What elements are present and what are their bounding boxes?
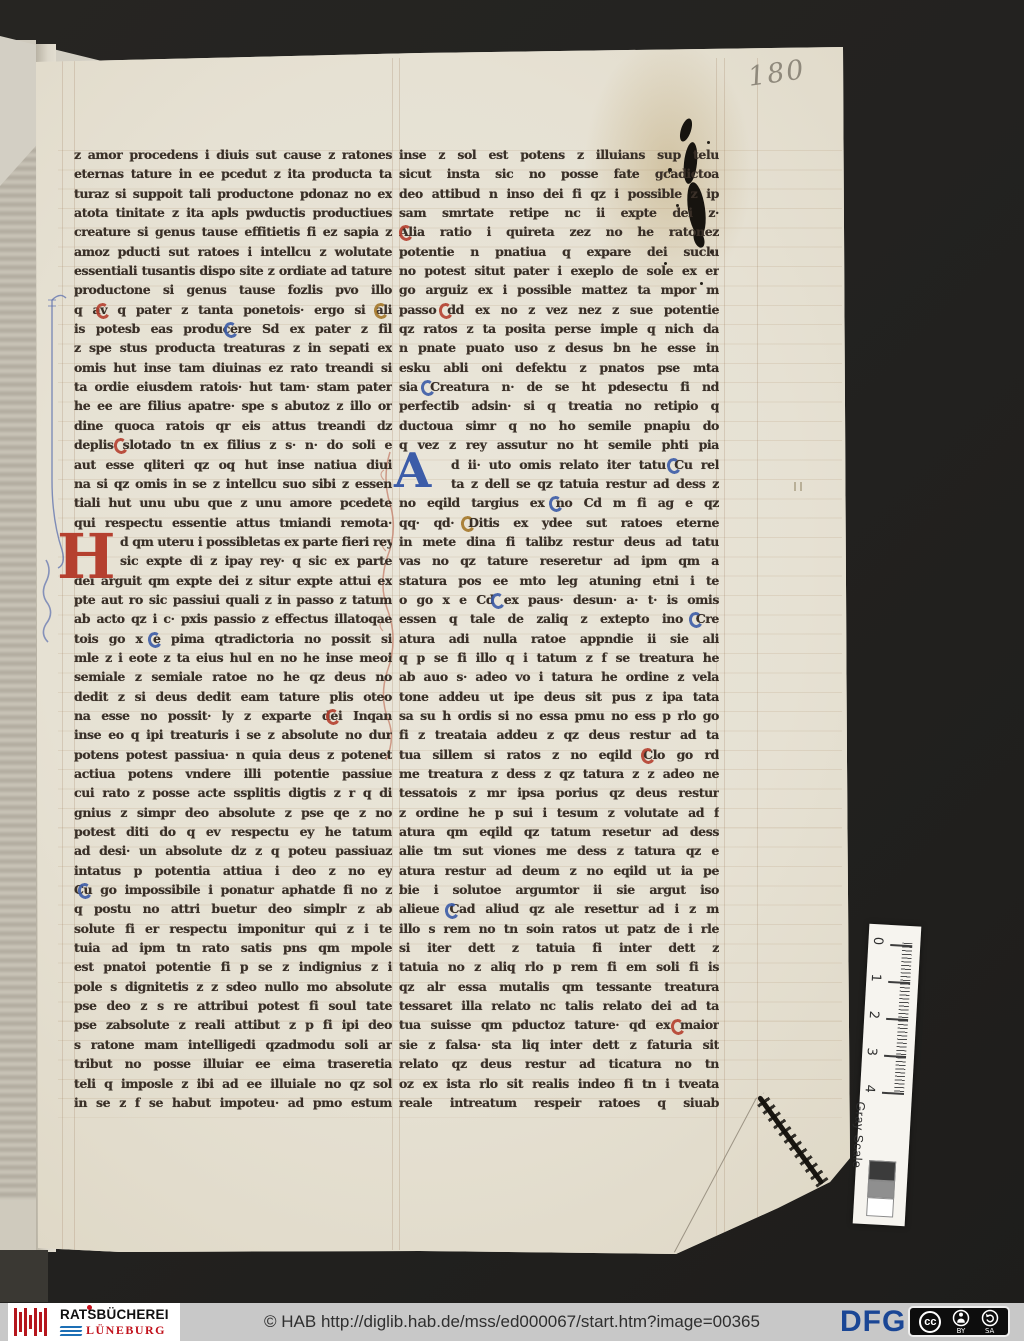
manuscript-line: turaz si suppoit tali productone pdonaz … <box>74 184 392 203</box>
manuscript-line: sie z falsa· sta liq inter dett z faturi… <box>399 1035 719 1054</box>
manuscript-line: Cu go impossibile i ponatur aphatde fi n… <box>74 880 392 899</box>
gray-swatch <box>866 1197 894 1217</box>
manuscript-line: teli q imposle z ibi ad ee illuiale no q… <box>74 1074 392 1093</box>
manuscript-line: dine quoca ratois qr eis attus treandi d… <box>74 416 392 435</box>
cc-sa-icon: SA <box>981 1309 999 1335</box>
manuscript-line: essen q tale de zaliq z extepto ino Cre <box>399 609 719 628</box>
manuscript-line: inse z sol est potens z illuians sup tel… <box>399 145 719 164</box>
manuscript-line: tatuia no z aliq rlo p rem fi em soli fi… <box>399 957 719 976</box>
text-column-1: z amor procedens i diuis sut cause z rat… <box>74 145 392 1112</box>
manuscript-line: essentiali tusantis dispo site z ordiate… <box>74 261 392 280</box>
manuscript-line: intatus p potentia attiua i deo z no ey <box>74 861 392 880</box>
manuscript-line: aut esse qliteri qz oq hut inse natiua d… <box>74 455 392 474</box>
blurred-facing-page-text <box>0 140 36 1200</box>
manuscript-line: illo s rem no tn soin ratos ut patz de i… <box>399 919 719 938</box>
manuscript-line: sa su h ordis si no essa pmu no ess p rl… <box>399 706 719 725</box>
manuscript-line: atota tinitate z ita apls pwductis produ… <box>74 203 392 222</box>
manuscript-line: tessaret illa relato nc talis relato dei… <box>399 996 719 1015</box>
manuscript-line: actiua potens vndere illi potentie passi… <box>74 764 392 783</box>
manuscript-line: qz alr essa mutalis qm tessante treatura <box>399 977 719 996</box>
manuscript-line: deo attibud n inso dei fi qz i possible … <box>399 184 719 203</box>
manuscript-line: bie i solutoe argumtor ii sie argut iso <box>399 880 719 899</box>
manuscript-line: tiali hut unu ubu que z unu amore pcedet… <box>74 493 392 512</box>
manuscript-line: he ee are filius apatre· spe s abutoz z … <box>74 396 392 415</box>
manuscript-line: vas no qz tature reseretur ad ipm qm a <box>399 551 719 570</box>
manuscript-line: solute fi er respectu imponitur qui z i … <box>74 919 392 938</box>
manuscript-line: ad desi· un absolute dz z q poteu passiu… <box>74 841 392 860</box>
ruler-label: Gray Scale <box>850 1101 868 1169</box>
person-icon <box>952 1309 970 1327</box>
illuminated-initial-H: H <box>57 528 116 585</box>
cc-by-icon: BY <box>952 1309 970 1335</box>
ruler-number: 0 <box>869 936 885 951</box>
parchment-hole <box>678 117 695 143</box>
ruler-number: 2 <box>865 1010 881 1025</box>
manuscript-line: pole s dignitetis z z sdeo nullo mo abso… <box>74 977 392 996</box>
manuscript-line: tois go x e pima qtradictoria no possit … <box>74 629 392 648</box>
manuscript-line: dei arguit qm expte dei z situr expte at… <box>74 571 392 590</box>
manuscript-line: ab auo s· adeo vo i tatura he ordine z v… <box>399 667 719 686</box>
digitized-manuscript-viewer: { "page": { "folio_number": "180" }, "ru… <box>0 0 1024 1341</box>
ruler-number: 1 <box>867 973 883 988</box>
manuscript-line: tua sillem si ratos z no eqild Clo go rd <box>399 745 719 764</box>
manuscript-line: alie tm sut viones me dess z tatura qz e <box>399 841 719 860</box>
manuscript-line: productone si genus tause fozlis pvo ill… <box>74 280 392 299</box>
manuscript-line: na si qz omis in se z intellcu suo sibi … <box>74 474 392 493</box>
manuscript-line: potest diti do q ev respectu ey he tatum <box>74 822 392 841</box>
manuscript-line: dedit z si deus dedit eam tature plis ot… <box>74 687 392 706</box>
gray-swatch <box>868 1160 896 1181</box>
illuminated-initial-A: A <box>394 449 431 493</box>
text-column-2: inse z sol est potens z illuians sup tel… <box>399 145 719 1112</box>
vertical-ruling <box>757 58 758 1250</box>
ruler-number: 4 <box>861 1084 877 1099</box>
manuscript-line: ductoua simr q no ho semile pnapiu do <box>399 416 719 435</box>
manuscript-line: sic expte di z ipay rey· q sic ex parte <box>74 551 392 570</box>
manuscript-line: creature si genus tause effitietis fi ez… <box>74 222 392 241</box>
ruler-swatches <box>869 924 921 927</box>
manuscript-line: atura adi nulla ratoe appndie ii sie ali <box>399 629 719 648</box>
dfg-logo: DFG <box>840 1305 906 1339</box>
ink-spot <box>707 141 710 144</box>
manuscript-line: relato qz deus restur ad ticatura no tn <box>399 1054 719 1073</box>
vertical-ruling <box>724 58 725 1250</box>
gray-scale-ruler: 01234 Gray Scale <box>853 924 922 1226</box>
manuscript-line: eternas tature in ee pcedut z ita produc… <box>74 164 392 183</box>
manuscript-line: esku abli oni defektu z pnatos pse mta <box>399 358 719 377</box>
manuscript-line: gnius z simpr deo absolute z pse qe z no <box>74 803 392 822</box>
manuscript-line: o go x e Cd ex paus· desun· a· t· is omi… <box>399 590 719 609</box>
manuscript-line: z spe stus producta treaturas z in sepat… <box>74 338 392 357</box>
manuscript-line: qz ratos z ta posita perse imple q nich … <box>399 319 719 338</box>
manuscript-line: semiale z semiale ratoe no he qz deus no <box>74 667 392 686</box>
manuscript-line: perfectib adsin· si q treatia no retipio… <box>399 396 719 415</box>
manuscript-line: potentie n pnatiua q expare dei suclu <box>399 242 719 261</box>
manuscript-line: no potest situt pater i exeplo de sole e… <box>399 261 719 280</box>
manuscript-line: reale intreatum respeir ratoes q siuab <box>399 1093 719 1112</box>
manuscript-line: tuia ad ipm tn rato satis pns qm mpole <box>74 938 392 957</box>
manuscript-line: inse eo q ipi treaturis i se z absolute … <box>74 725 392 744</box>
manuscript-line: qui respectu essentie attus tmiandi remo… <box>74 513 392 532</box>
manuscript-line: tone addeu ut ipe deus sit pus z ipa tat… <box>399 687 719 706</box>
cc-icon: cc <box>919 1311 941 1333</box>
footer-bar: RATSBÜCHEREI LÜNEBURG © HAB http://digli… <box>0 1303 1024 1341</box>
folio-number: 180 <box>746 54 807 93</box>
page-stack-shadow <box>0 1250 48 1302</box>
manuscript-line: ta z dell se qz tatuia restur ad dess z <box>399 474 719 493</box>
manuscript-line: sia Creatura n· de se ht pdesectu fi nd <box>399 377 719 396</box>
manuscript-line: in mete dina fi talibz restur deus ad ta… <box>399 532 719 551</box>
manuscript-line: q av q pater z tanta ponetois· ergo si a… <box>74 300 392 319</box>
manuscript-line: q postu no attri buetur deo simplr z ab <box>74 899 392 918</box>
vertical-ruling <box>62 58 63 1250</box>
manuscript-line: si iter dett z tatuia fi inter dett z <box>399 938 719 957</box>
manuscript-line: ta ordie eiusdem ratois· hut tam· stam p… <box>74 377 392 396</box>
manuscript-line: amoz pducti sut ratoes i intellcu z wolu… <box>74 242 392 261</box>
gray-swatch <box>867 1180 895 1198</box>
manuscript-line: q vez z rey assutur no ht semile phti pi… <box>399 435 719 454</box>
manuscript-line: statura pos ee mto leg atuning etni i te <box>399 571 719 590</box>
vertical-ruling <box>392 58 393 1250</box>
manuscript-line: z ordine he p sui i tesum z volutate ad … <box>399 803 719 822</box>
ruler-cm-tick <box>882 1092 904 1095</box>
manuscript-line: sicut insta sic no posse fate gcadictoa <box>399 164 719 183</box>
manuscript-line: n pnate puato uso z desus bn he esse in <box>399 338 719 357</box>
manuscript-line: s ratone mam intelligedi qzadmodu soli a… <box>74 1035 392 1054</box>
manuscript-line: z amor procedens i diuis sut cause z rat… <box>74 145 392 164</box>
ruler-number: 3 <box>863 1047 879 1062</box>
manuscript-line: pte aut ro sic passiui quali z in passo … <box>74 590 392 609</box>
manuscript-line: q p se fi illo q i tatum z f se treatura… <box>399 648 719 667</box>
manuscript-line: sam smrtate retipe nc ii expte dei z· <box>399 203 719 222</box>
manuscript-line: omis hut inse tam diuinas ez rato treand… <box>74 358 392 377</box>
manuscript-line: ab acto qz i c· pxis passio z effectus i… <box>74 609 392 628</box>
manuscript-line: atura restur ad deum z no eqild ut ia pe <box>399 861 719 880</box>
manuscript-line: Alia ratio i quireta zez no he ratonez <box>399 222 719 241</box>
cc-license-badge: cc BY SA <box>908 1306 1010 1337</box>
manuscript-line: me treatura z dess z qz tatura z z adeo … <box>399 764 719 783</box>
manuscript-line: na esse no possit· ly z exparte dei Inqa… <box>74 706 392 725</box>
manuscript-line: go arguiz ex i possible mattez ta mpor m <box>399 280 719 299</box>
manuscript-line: potens potest passiua· n quia deus z pot… <box>74 745 392 764</box>
manuscript-line: mle z i eote z ta eius hul en no he inse… <box>74 648 392 667</box>
manuscript-line: est pnatoi potentie fi p se z indignius … <box>74 957 392 976</box>
manuscript-line: in se z f se habut impoteu· ad pmo estum <box>74 1093 392 1112</box>
manuscript-line: pse deo z s re attribui potest fi soul t… <box>74 996 392 1015</box>
manuscript-line: cui rato z posse acte ssplitis digtis z … <box>74 783 392 802</box>
manuscript-line: fi z treataia addeu z qz deus restur ad … <box>399 725 719 744</box>
manuscript-line: atura qm eqild qz tatum resetur ad dess <box>399 822 719 841</box>
share-alike-icon <box>981 1309 999 1327</box>
ruler-ticks: 01234 <box>869 924 921 927</box>
manuscript-line: oz ex ista rlo sit realis indeo fi tn i … <box>399 1074 719 1093</box>
manuscript-line: d qm uteru i possibletas ex parte fieri … <box>74 532 392 551</box>
manuscript-line: tribut no posse illuiar ee eima traseret… <box>74 1054 392 1073</box>
book-page-stack-edge <box>0 40 36 1252</box>
manuscript-line: qq· qd· Ditis ex ydee sut ratoes eterne <box>399 513 719 532</box>
manuscript-line: tessatois z mr ipsa porius qz deus restu… <box>399 783 719 802</box>
manuscript-line: pse zabsolute z reali attibut z p fi ipi… <box>74 1015 392 1034</box>
